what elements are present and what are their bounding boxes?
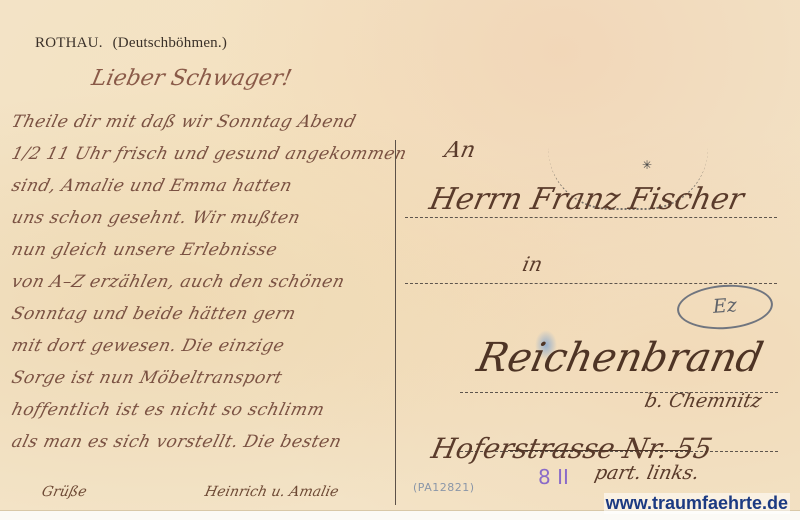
message-line: von A–Z erzählen, auch den schönen xyxy=(10,272,347,292)
message-line: Theile dir mit daß wir Sonntag Abend xyxy=(10,112,359,132)
printed-region: (Deutschböhmen.) xyxy=(113,35,227,51)
watermark-link[interactable]: www.traumfaehrte.de xyxy=(604,493,790,514)
address-line-2 xyxy=(405,283,777,284)
message-line: Sorge ist nun Möbeltransport xyxy=(10,368,285,388)
message-line: nun gleich unsere Erlebnisse xyxy=(10,240,280,260)
message-greeting: Lieber Schwager! xyxy=(89,66,294,91)
address-recipient: Herrn Franz Fischer xyxy=(426,182,747,217)
center-divider-line xyxy=(395,140,396,505)
street-strikethrough xyxy=(508,450,688,451)
message-line: hoffentlich ist es nicht so schlimm xyxy=(10,400,327,420)
postcard-back: ROTHAU. (Deutschböhmen.) Lieber Schwager… xyxy=(0,0,800,511)
message-line: uns schon gesehnt. Wir mußten xyxy=(10,208,303,228)
message-line: sind, Amalie und Emma hatten xyxy=(10,176,295,196)
pencil-archive-code: (PA12821) xyxy=(413,481,475,494)
address-line-1 xyxy=(405,217,777,218)
address-floor-detail: part. links. xyxy=(593,462,702,484)
message-signature: Heinrich u. Amalie xyxy=(203,484,340,500)
postmark-star-icon: ✳ xyxy=(642,158,652,173)
message-signoff: Grüße xyxy=(40,484,88,500)
address-street: Hoferstrasse Nr. 55 xyxy=(428,432,715,465)
address-region: b. Chemnitz xyxy=(643,390,764,412)
message-line: mit dort gewesen. Die einzige xyxy=(10,336,287,356)
printed-header: ROTHAU. (Deutschböhmen.) xyxy=(35,35,227,52)
printed-place: ROTHAU. xyxy=(35,35,103,51)
address-city: Reichenbrand xyxy=(473,335,767,381)
floor-note-violet: 8 II xyxy=(538,465,569,489)
circled-pencil-mark: Ez xyxy=(676,282,775,333)
message-line: 1/2 11 Uhr frisch und gesund angekommen xyxy=(10,144,409,164)
address-salutation: An xyxy=(442,138,477,163)
message-line: als man es sich vorstellt. Die besten xyxy=(10,432,344,452)
message-line: Sonntag und beide hätten gern xyxy=(10,304,299,324)
address-preposition: in xyxy=(520,252,544,276)
